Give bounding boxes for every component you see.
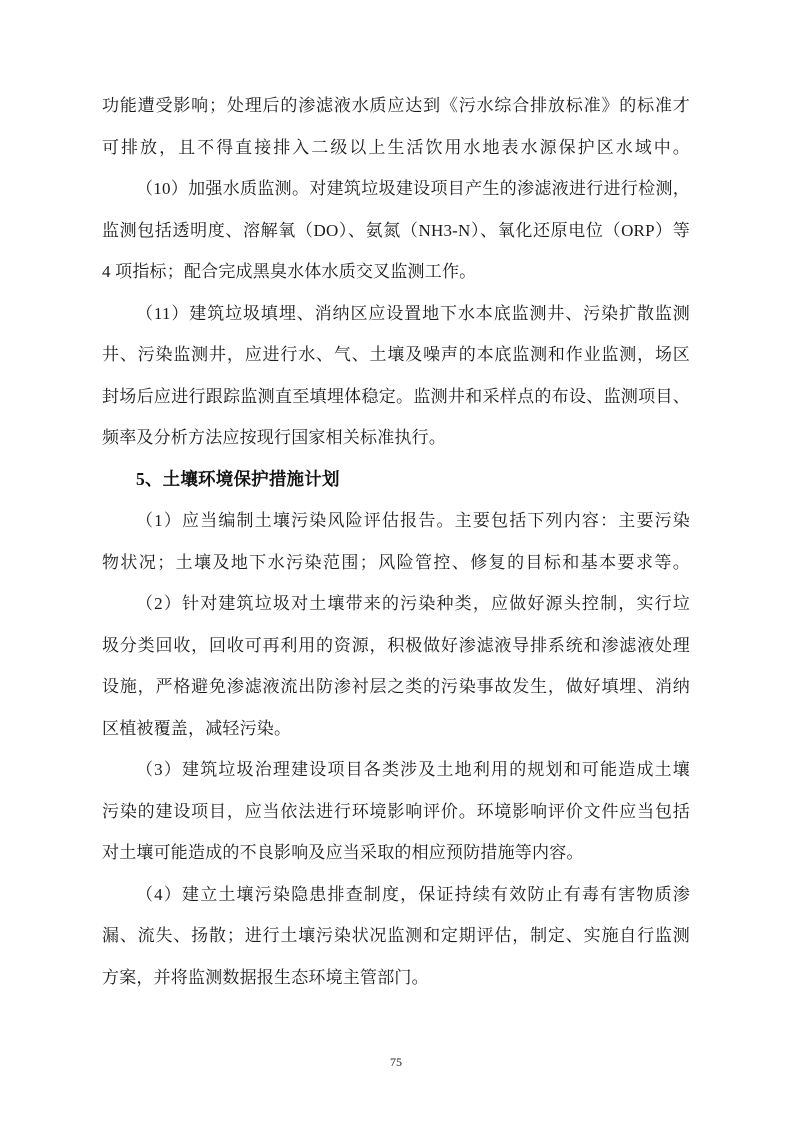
text-line: （4）建立土壤污染隐患排查制度，保证持续有效防止有毒有害物质渗 [102, 874, 690, 916]
text-line: 设施，严格避免渗滤液流出防渗衬层之类的污染事故发生，做好填埋、消纳 [102, 666, 690, 708]
text-line: 污染的建设项目，应当依法进行环境影响评价。环境影响评价文件应当包括 [102, 791, 690, 833]
text-line: （10）加强水质监测。对建筑垃圾建设项目产生的渗滤液进行进行检测， [102, 168, 690, 210]
text-line: 可排放，且不得直接排入二级以上生活饮用水地表水源保护区水域中。 [102, 127, 690, 169]
text-line: （1）应当编制土壤污染风险评估报告。主要包括下列内容：主要污染 [102, 500, 690, 542]
text-body: 功能遭受影响；处理后的渗滤液水质应达到《污水综合排放标准》的标准才 可排放，且不… [102, 85, 690, 998]
text-line: （2）针对建筑垃圾对土壤带来的污染种类，应做好源头控制，实行垃 [102, 583, 690, 625]
text-line: 对土壤可能造成的不良影响及应当采取的相应预防措施等内容。 [102, 832, 690, 874]
section-heading: 5、土壤环境保护措施计划 [102, 459, 690, 501]
text-line: 圾分类回收，回收可再利用的资源，积极做好渗滤液导排系统和渗滤液处理 [102, 625, 690, 667]
text-line: （11）建筑垃圾填埋、消纳区应设置地下水本底监测井、污染扩散监测 [102, 293, 690, 335]
text-line: 频率及分析方法应按现行国家相关标准执行。 [102, 417, 690, 459]
text-line: 漏、流失、扬散；进行土壤污染状况监测和定期评估，制定、实施自行监测 [102, 915, 690, 957]
text-line: 封场后应进行跟踪监测直至填埋体稳定。监测井和采样点的布设、监测项目、 [102, 376, 690, 418]
document-page: 功能遭受影响；处理后的渗滤液水质应达到《污水综合排放标准》的标准才 可排放，且不… [0, 0, 793, 1122]
text-line: 区植被覆盖，减轻污染。 [102, 708, 690, 750]
text-line: 物状况；土壤及地下水污染范围；风险管控、修复的目标和基本要求等。 [102, 542, 690, 584]
text-line: 4 项指标；配合完成黑臭水体水质交叉监测工作。 [102, 251, 690, 293]
text-line: 功能遭受影响；处理后的渗滤液水质应达到《污水综合排放标准》的标准才 [102, 85, 690, 127]
text-line: 井、污染监测井，应进行水、气、土壤及噪声的本底监测和作业监测，场区 [102, 334, 690, 376]
page-number: 75 [102, 1052, 690, 1072]
text-line: （3）建筑垃圾治理建设项目各类涉及土地利用的规划和可能造成土壤 [102, 749, 690, 791]
text-line: 监测包括透明度、溶解氧（DO）、氨氮（NH3-N）、氧化还原电位（ORP）等 [102, 210, 690, 252]
text-line: 方案，并将监测数据报生态环境主管部门。 [102, 957, 690, 999]
